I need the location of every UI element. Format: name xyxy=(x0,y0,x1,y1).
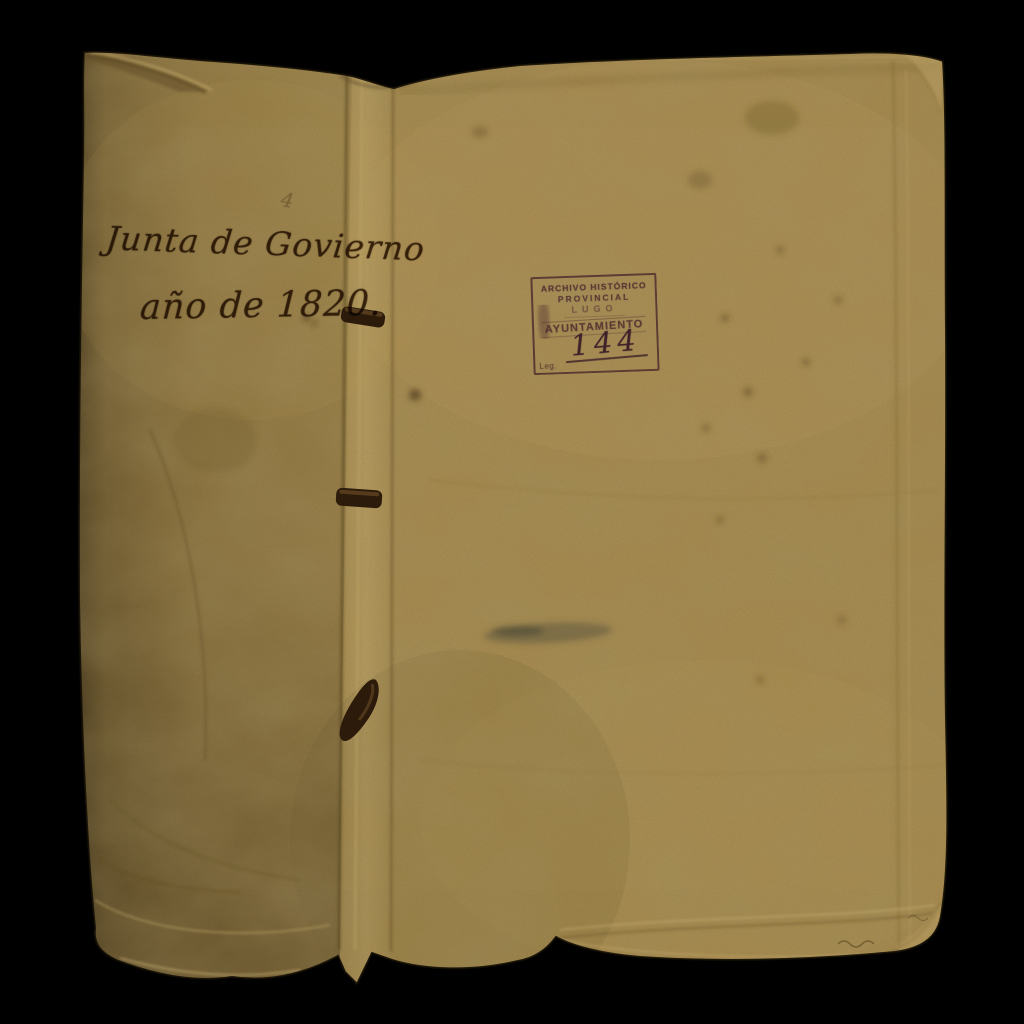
stamp-city: LUGO xyxy=(564,303,624,318)
handwritten-title-line2: año de 1820. xyxy=(139,284,383,328)
photo-canvas: Junta de Govierno año de 1820. 4 ARCHIVO… xyxy=(0,0,1024,1024)
parchment-volume-photo xyxy=(0,0,1024,1024)
archive-stamp: ARCHIVO HISTÓRICO PROVINCIAL LUGO AYUNTA… xyxy=(530,273,659,375)
stamp-legajo-label: Leg. xyxy=(539,361,557,371)
stamp-legajo-number: 144 xyxy=(563,324,647,363)
parchment-grain-light xyxy=(0,0,1024,1024)
